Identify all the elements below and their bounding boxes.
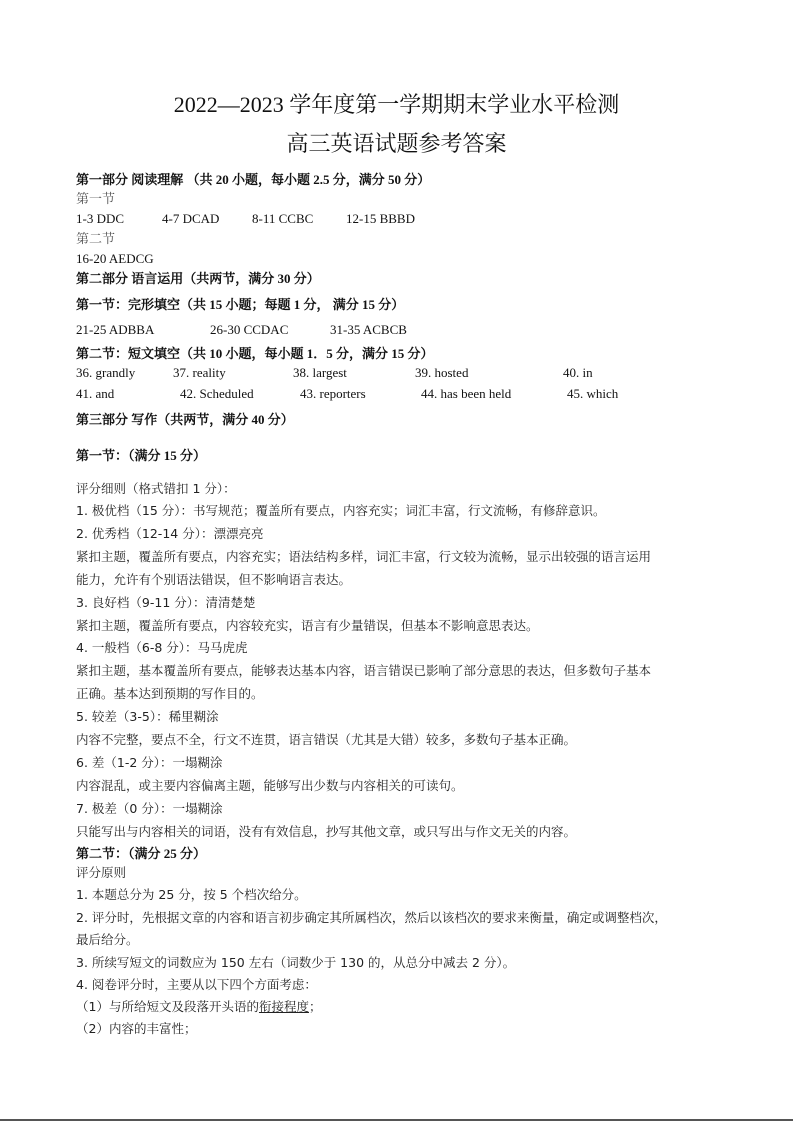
part3-section1-heading: 第一节：（满分 15 分） bbox=[76, 448, 206, 464]
part3-section2-heading: 第二节：（满分 25 分） bbox=[76, 846, 206, 862]
rubric-line: 紧扣主题，基本覆盖所有要点，能够表达基本内容，语言错误已影响了部分意思的表达，但… bbox=[76, 663, 651, 679]
answer-item: 45. which bbox=[567, 386, 618, 402]
rubric-line: 5. 较差（3-5）：稀里糊涂 bbox=[76, 709, 219, 725]
part1-section1-label: 第一节 bbox=[76, 191, 115, 207]
rubric-line: 2. 优秀档（12-14 分）：漂漂亮亮 bbox=[76, 526, 263, 542]
rubric-item-2: （2）内容的丰富性； bbox=[76, 1021, 196, 1037]
rubric-line: 4. 一般档（6-8 分）：马马虎虎 bbox=[76, 640, 248, 656]
rubric-item-1-suffix: ； bbox=[309, 999, 322, 1014]
answer-group: 1-3 DDC bbox=[76, 211, 124, 227]
answer-item: 44. has been held bbox=[421, 386, 511, 402]
rubric-item-1: （1）与所给短文及段落开头语的衔接程度； bbox=[76, 999, 322, 1015]
rubric-line: 3. 所续写短文的词数应为 150 左右（词数少于 130 的，从总分中减去 2… bbox=[76, 955, 515, 971]
rubric-line: 1. 本题总分为 25 分，按 5 个档次给分。 bbox=[76, 887, 307, 903]
answer-item: 41. and bbox=[76, 386, 114, 402]
rubric-line: 2. 评分时，先根据文章的内容和语言初步确定其所属档次，然后以该档次的要求来衡量… bbox=[76, 910, 667, 926]
answer-item: 42. Scheduled bbox=[180, 386, 254, 402]
rubric-line: 紧扣主题，覆盖所有要点，内容较充实，语言有少量错误，但基本不影响意思表达。 bbox=[76, 618, 539, 634]
part1-heading: 第一部分 阅读理解 （共 20 小题，每小题 2.5 分，满分 50 分） bbox=[76, 172, 430, 188]
rubric-line: 3. 良好档（9-11 分）：清清楚楚 bbox=[76, 595, 256, 611]
answer-group: 12-15 BBBD bbox=[346, 211, 415, 227]
document-title: 2022—2023 学年度第一学期期末学业水平检测 bbox=[0, 88, 793, 119]
part2-section2-heading: 第二节：短文填空（共 10 小题，每小题 1．5 分，满分 15 分） bbox=[76, 346, 434, 362]
rubric-line: 内容不完整，要点不全，行文不连贯，语言错误（尤其是大错）较多，多数句子基本正确。 bbox=[76, 732, 576, 748]
answer-item: 38. largest bbox=[293, 365, 347, 381]
answer-item: 37. reality bbox=[173, 365, 226, 381]
answer-item: 43. reporters bbox=[300, 386, 366, 402]
answer-group: 26-30 CCDAC bbox=[210, 322, 288, 338]
answer-group: 4-7 DCAD bbox=[162, 211, 219, 227]
rubric-line: 7. 极差（0 分）：一塌糊涂 bbox=[76, 801, 223, 817]
rubric-line: 4. 阅卷评分时，主要从以下四个方面考虑： bbox=[76, 977, 317, 993]
part1-section2-label: 第二节 bbox=[76, 231, 115, 247]
answer-item: 40. in bbox=[563, 365, 593, 381]
document-subtitle: 高三英语试题参考答案 bbox=[0, 127, 793, 158]
answer-group: 21-25 ADBBA bbox=[76, 322, 154, 338]
part2-heading: 第二部分 语言运用（共两节，满分 30 分） bbox=[76, 271, 320, 287]
rubric-line: 6. 差（1-2 分）：一塌糊涂 bbox=[76, 755, 223, 771]
rubric-line: 评分原则 bbox=[76, 865, 126, 881]
rubric-line: 正确。基本达到预期的写作目的。 bbox=[76, 686, 264, 702]
part3-heading: 第三部分 写作（共两节，满分 40 分） bbox=[76, 412, 294, 428]
document-page: 2022—2023 学年度第一学期期末学业水平检测 高三英语试题参考答案 第一部… bbox=[0, 0, 793, 1122]
rubric-line: 紧扣主题，覆盖所有要点，内容充实；语法结构多样，词汇丰富，行文较为流畅，显示出较… bbox=[76, 549, 651, 565]
answer-item: 39. hosted bbox=[415, 365, 468, 381]
rubric-line: 评分细则（格式错扣 1 分）： bbox=[76, 481, 236, 497]
answer-group: 31-35 ACBCB bbox=[330, 322, 407, 338]
rubric-line: 只能写出与内容相关的词语，没有有效信息，抄写其他文章，或只写出与作文无关的内容。 bbox=[76, 824, 576, 840]
rubric-line: 能力，允许有个别语法错误，但不影响语言表达。 bbox=[76, 572, 351, 588]
answer-group: 16-20 AEDCG bbox=[76, 251, 154, 267]
rubric-item-1-prefix: （1）与所给短文及段落开头语的 bbox=[76, 999, 259, 1014]
rubric-line: 最后给分。 bbox=[76, 932, 139, 948]
rubric-line: 内容混乱，或主要内容偏离主题，能够写出少数与内容相关的可读句。 bbox=[76, 778, 464, 794]
answer-group: 8-11 CCBC bbox=[252, 211, 313, 227]
page-bottom-border bbox=[0, 1119, 793, 1121]
part2-section1-heading: 第一节：完形填空（共 15 小题；每题 1 分， 满分 15 分） bbox=[76, 297, 404, 313]
rubric-line: 1. 极优档（15 分）：书写规范；覆盖所有要点，内容充实；词汇丰富，行文流畅，… bbox=[76, 503, 606, 519]
answer-item: 36. grandly bbox=[76, 365, 135, 381]
rubric-item-1-underlined: 衔接程度 bbox=[259, 999, 309, 1014]
